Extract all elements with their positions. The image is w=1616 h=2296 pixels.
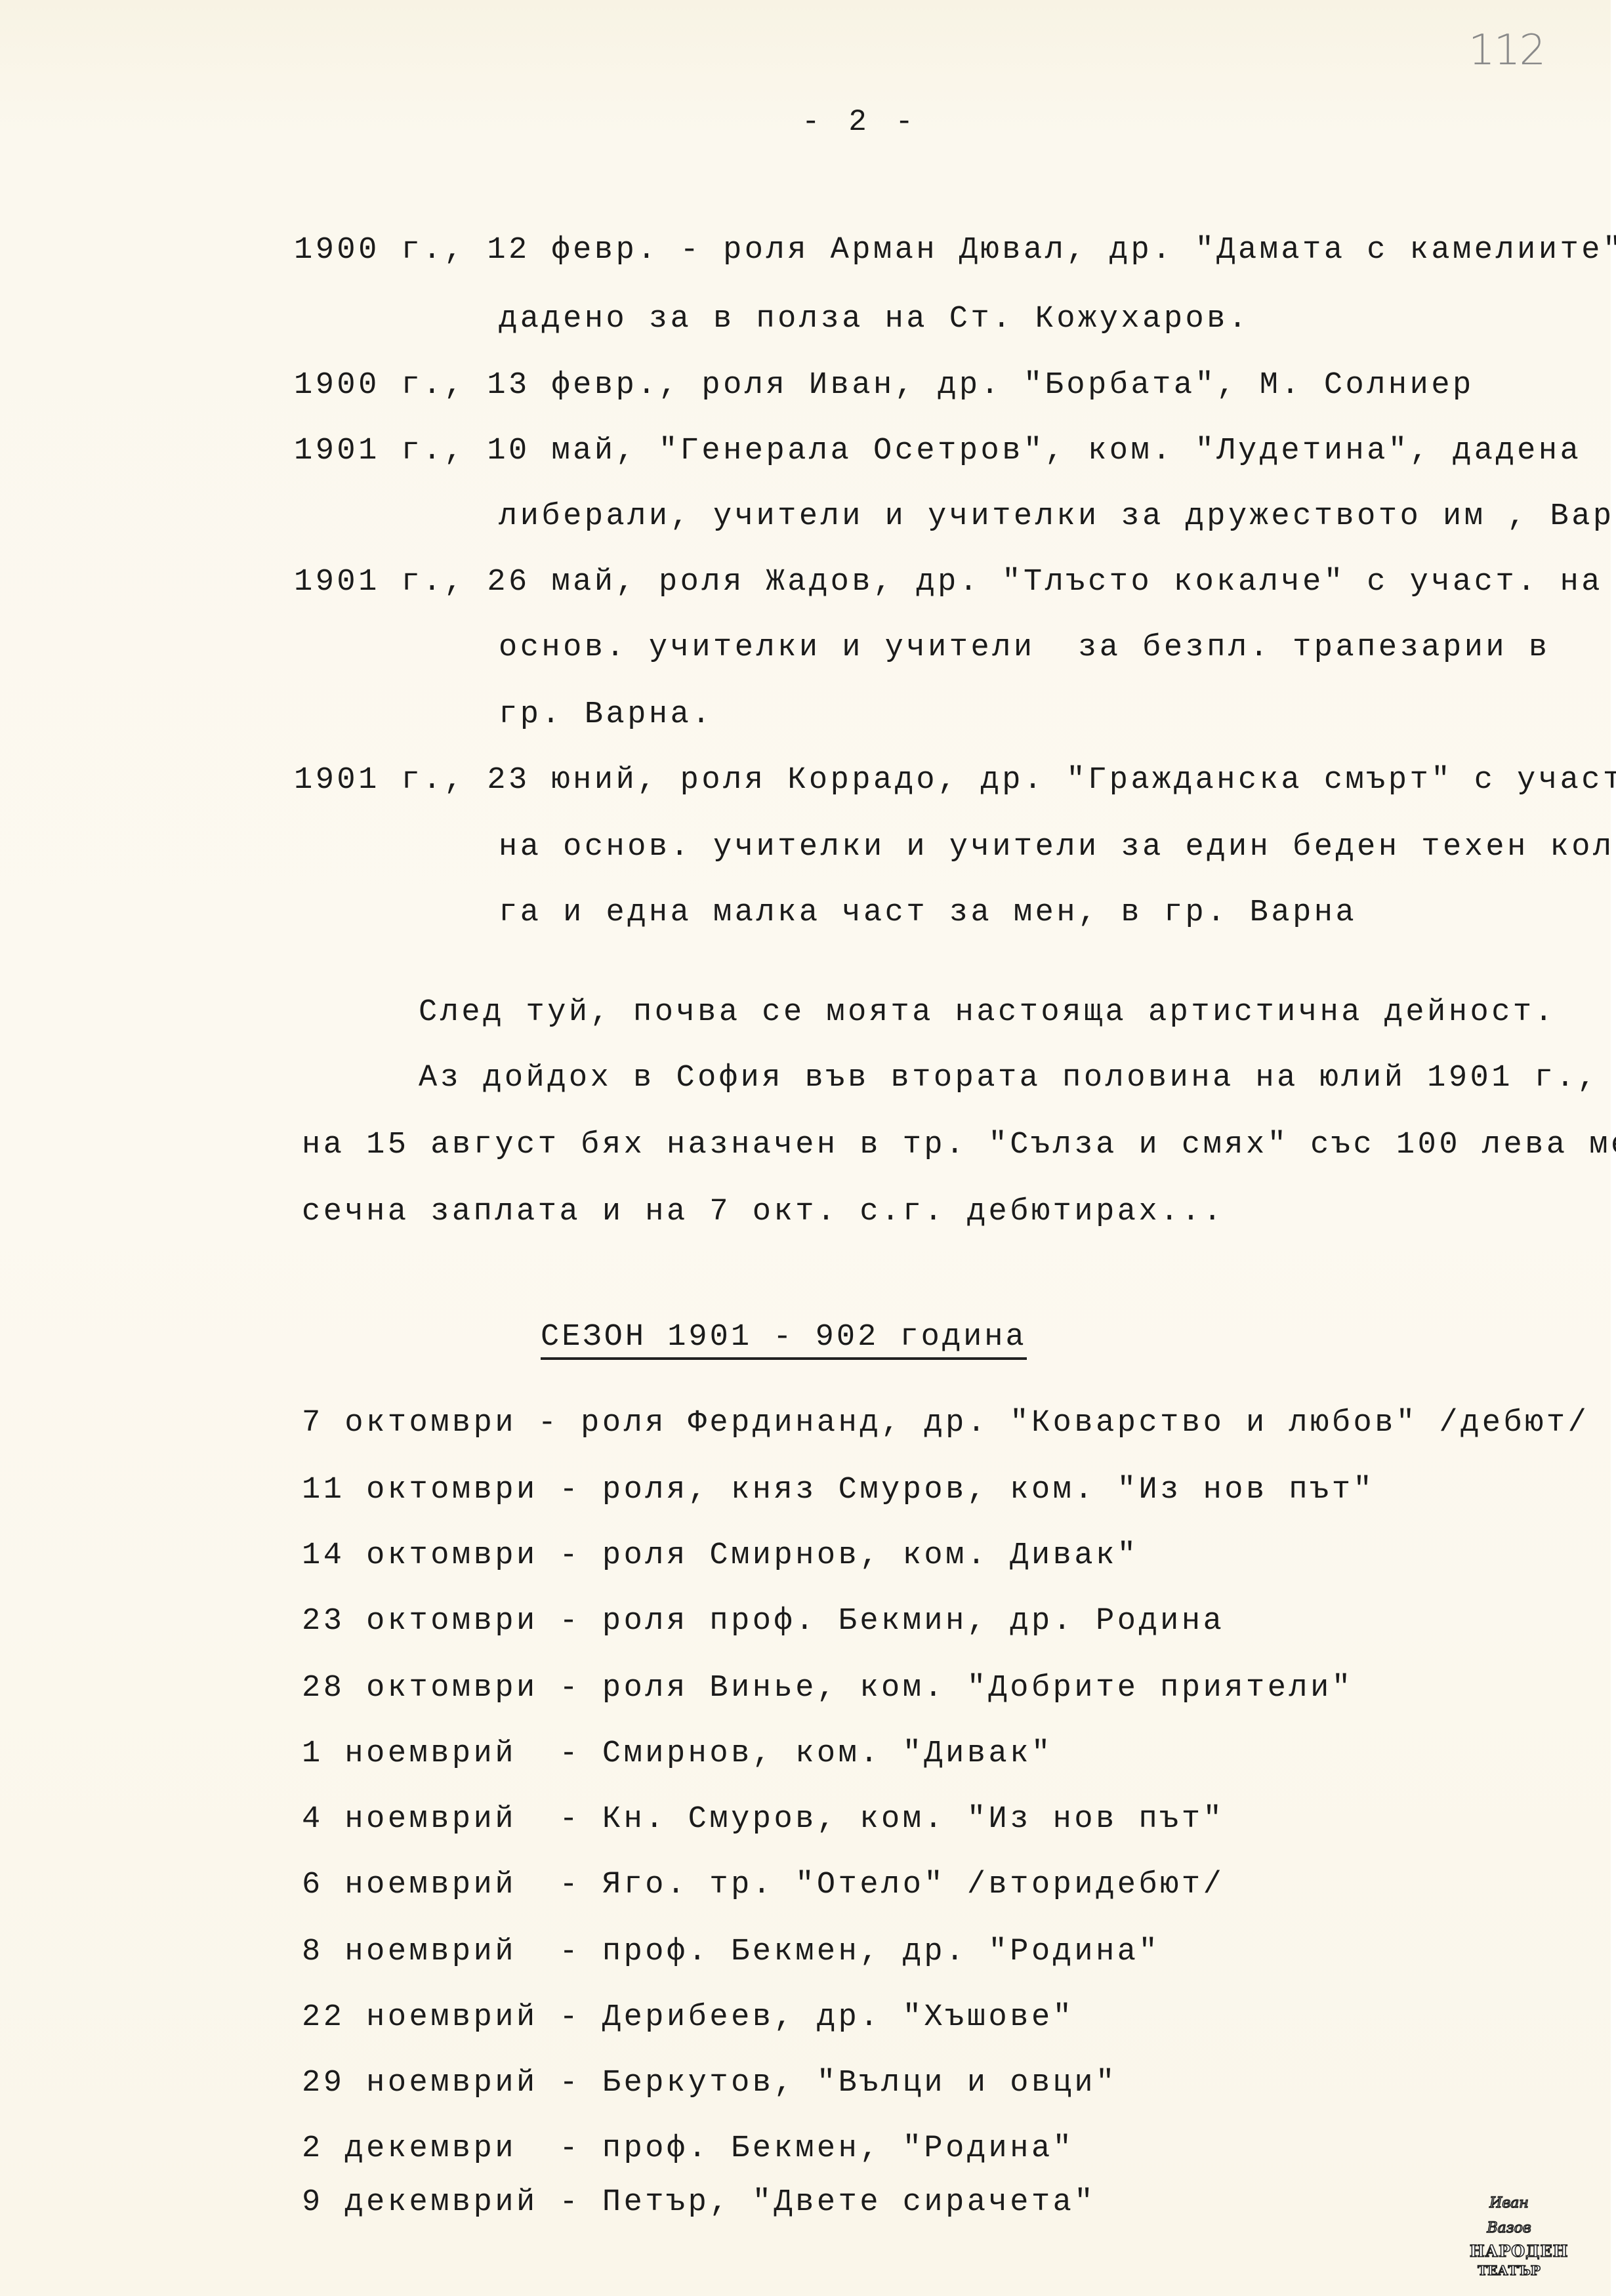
season-heading: СЕЗОН 1901 - 902 година bbox=[541, 1320, 1027, 1360]
season-entry: 4 ноемврий - Кн. Смуров, ком. "Из нов пъ… bbox=[302, 1800, 1224, 1839]
entry-line: 1901 г., 26 май, роля Жадов, др. "Тлъсто… bbox=[294, 563, 1603, 602]
season-entry: 23 октомври - роля проф. Бекмин, др. Род… bbox=[302, 1602, 1224, 1641]
entry-continuation: дадено за в полза на Ст. Кожухаров. bbox=[499, 300, 1250, 339]
logo-signature: Иван Вазов bbox=[1470, 2191, 1548, 2241]
season-entry: 11 октомври - роля, княз Смуров, ком. "И… bbox=[302, 1471, 1375, 1510]
season-entry: 29 ноемврий - Беркутов, "Вълци и овци" bbox=[302, 2064, 1117, 2103]
season-entry: 6 ноемврий - Яго. тр. "Отело" /вторидебю… bbox=[302, 1866, 1224, 1905]
logo-line-1: НАРОДЕН bbox=[1470, 2241, 1548, 2262]
entry-continuation: на основ. учителки и учители за един бед… bbox=[499, 828, 1616, 867]
national-theatre-logo: Иван Вазов НАРОДЕН ТЕАТЪР bbox=[1470, 2191, 1548, 2279]
logo-line-2: ТЕАТЪР bbox=[1470, 2262, 1548, 2279]
paragraph-line: на 15 август бях назначен в тр. "Сълза и… bbox=[302, 1126, 1616, 1165]
entry-continuation: либерали, учители и учителки за дружеств… bbox=[499, 497, 1616, 537]
season-entry: 14 октомври - роля Смирнов, ком. Дивак" bbox=[302, 1536, 1138, 1576]
page-number: - 2 - bbox=[802, 105, 919, 139]
entry-line: 1901 г., 23 юний, роля Коррадо, др. "Гра… bbox=[294, 761, 1616, 800]
folio-number: 112 bbox=[1468, 26, 1544, 75]
entry-continuation: основ. учителки и учители за безпл. трап… bbox=[499, 628, 1550, 668]
entry-continuation: га и една малка част за мен, в гр. Варна bbox=[499, 893, 1357, 933]
season-entry: 28 октомври - роля Винье, ком. "Добрите … bbox=[302, 1669, 1354, 1708]
season-entry: 2 декември - проф. Бекмен, "Родина" bbox=[302, 2129, 1074, 2169]
season-entry: 22 ноемврий - Дерибеев, др. "Хъшове" bbox=[302, 1998, 1074, 2038]
entry-line: 1901 г., 10 май, "Генерала Осетров", ком… bbox=[294, 432, 1616, 471]
entry-line: 1900 г., 12 февр. - роля Арман Дювал, др… bbox=[294, 231, 1616, 270]
entry-line: 1900 г., 13 февр., роля Иван, др. "Борба… bbox=[294, 366, 1474, 405]
paragraph-line: сечна заплата и на 7 окт. с.г. дебютирах… bbox=[302, 1193, 1224, 1232]
season-entry: 9 декемврий - Петър, "Двете сирачета" bbox=[302, 2183, 1096, 2223]
season-entry: 8 ноемврий - проф. Бекмен, др. "Родина" bbox=[302, 1933, 1160, 1972]
entry-continuation: гр. Варна. bbox=[499, 695, 713, 735]
season-entry: 7 октомври - роля Фердинанд, др. "Коварс… bbox=[302, 1404, 1589, 1443]
paragraph-line: Аз дойдох в София във втората половина н… bbox=[419, 1059, 1599, 1098]
season-entry: 1 ноемврий - Смирнов, ком. "Дивак" bbox=[302, 1734, 1053, 1774]
paragraph-line: След туй, почва се моята настояща артист… bbox=[419, 993, 1556, 1033]
